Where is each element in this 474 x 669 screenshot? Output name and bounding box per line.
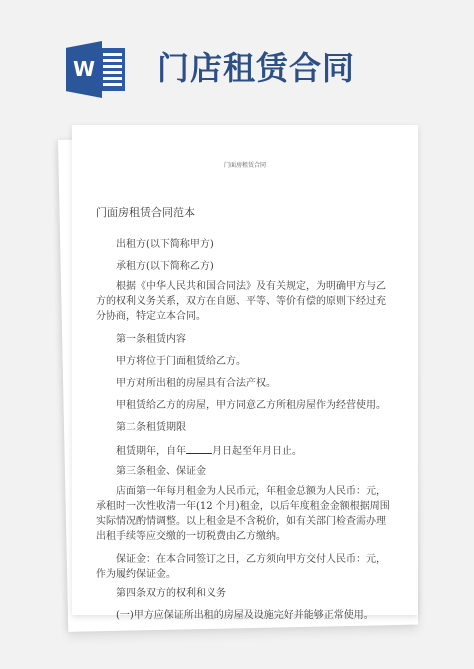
document-heading: 门面房租赁合同范本 [96,206,392,220]
banner: W 门店租赁合同 [0,0,474,120]
term-text-after: 月日起至年月日止。 [212,446,302,457]
word-document-icon: W [66,41,126,98]
document-page: 门面房租赁合同 门面房租赁合同范本 出租方(以下简称甲方) 承租方(以下简称乙方… [72,125,418,615]
article2-title: 第二条租赁期限 [96,421,412,435]
article3-paragraph-2: 保证金：在本合同签订之日，乙方须向甲方交付人民币：元，作为履约保证金。 [96,552,391,582]
article4-paragraph-1: (一)甲方应保证所出租的房屋及设施完好并能够正常使用。 [96,609,412,623]
article1-paragraph-1: 甲方将位于门面租赁给乙方。 [96,355,412,369]
lessee-line: 承租方(以下简称乙方) [96,260,412,274]
article1-paragraph-3: 甲租赁给乙方的房屋，甲方同意乙方所租房屋作为经营使用。 [96,399,412,413]
article2-paragraph-1: 租赁期年，自年月日起至年月日止。 [96,443,412,459]
word-icon-letter: W [71,56,97,82]
article4-title: 第四条双方的权利和义务 [96,587,412,601]
preamble-paragraph: 根据《中华人民共和国合同法》及有关规定，为明确甲方与乙方的权利义务关系，双方在自… [96,279,391,324]
article1-title: 第一条租赁内容 [96,333,412,347]
term-blank-field [186,443,212,454]
lessor-line: 出租方(以下简称甲方) [96,238,412,252]
term-text-before: 租赁期年，自年 [116,446,186,457]
banner-title: 门店租赁合同 [157,48,355,88]
article3-title: 第三条租金、保证金 [96,465,412,479]
article3-paragraph-1: 店面第一年每月租金为人民币元，年租金总额为人民币：元，承租时一次性收清一年(12… [96,484,391,544]
article1-paragraph-2: 甲方对所出租的房屋具有合法产权。 [96,377,412,391]
page-header: 门面房租赁合同 [72,162,418,170]
